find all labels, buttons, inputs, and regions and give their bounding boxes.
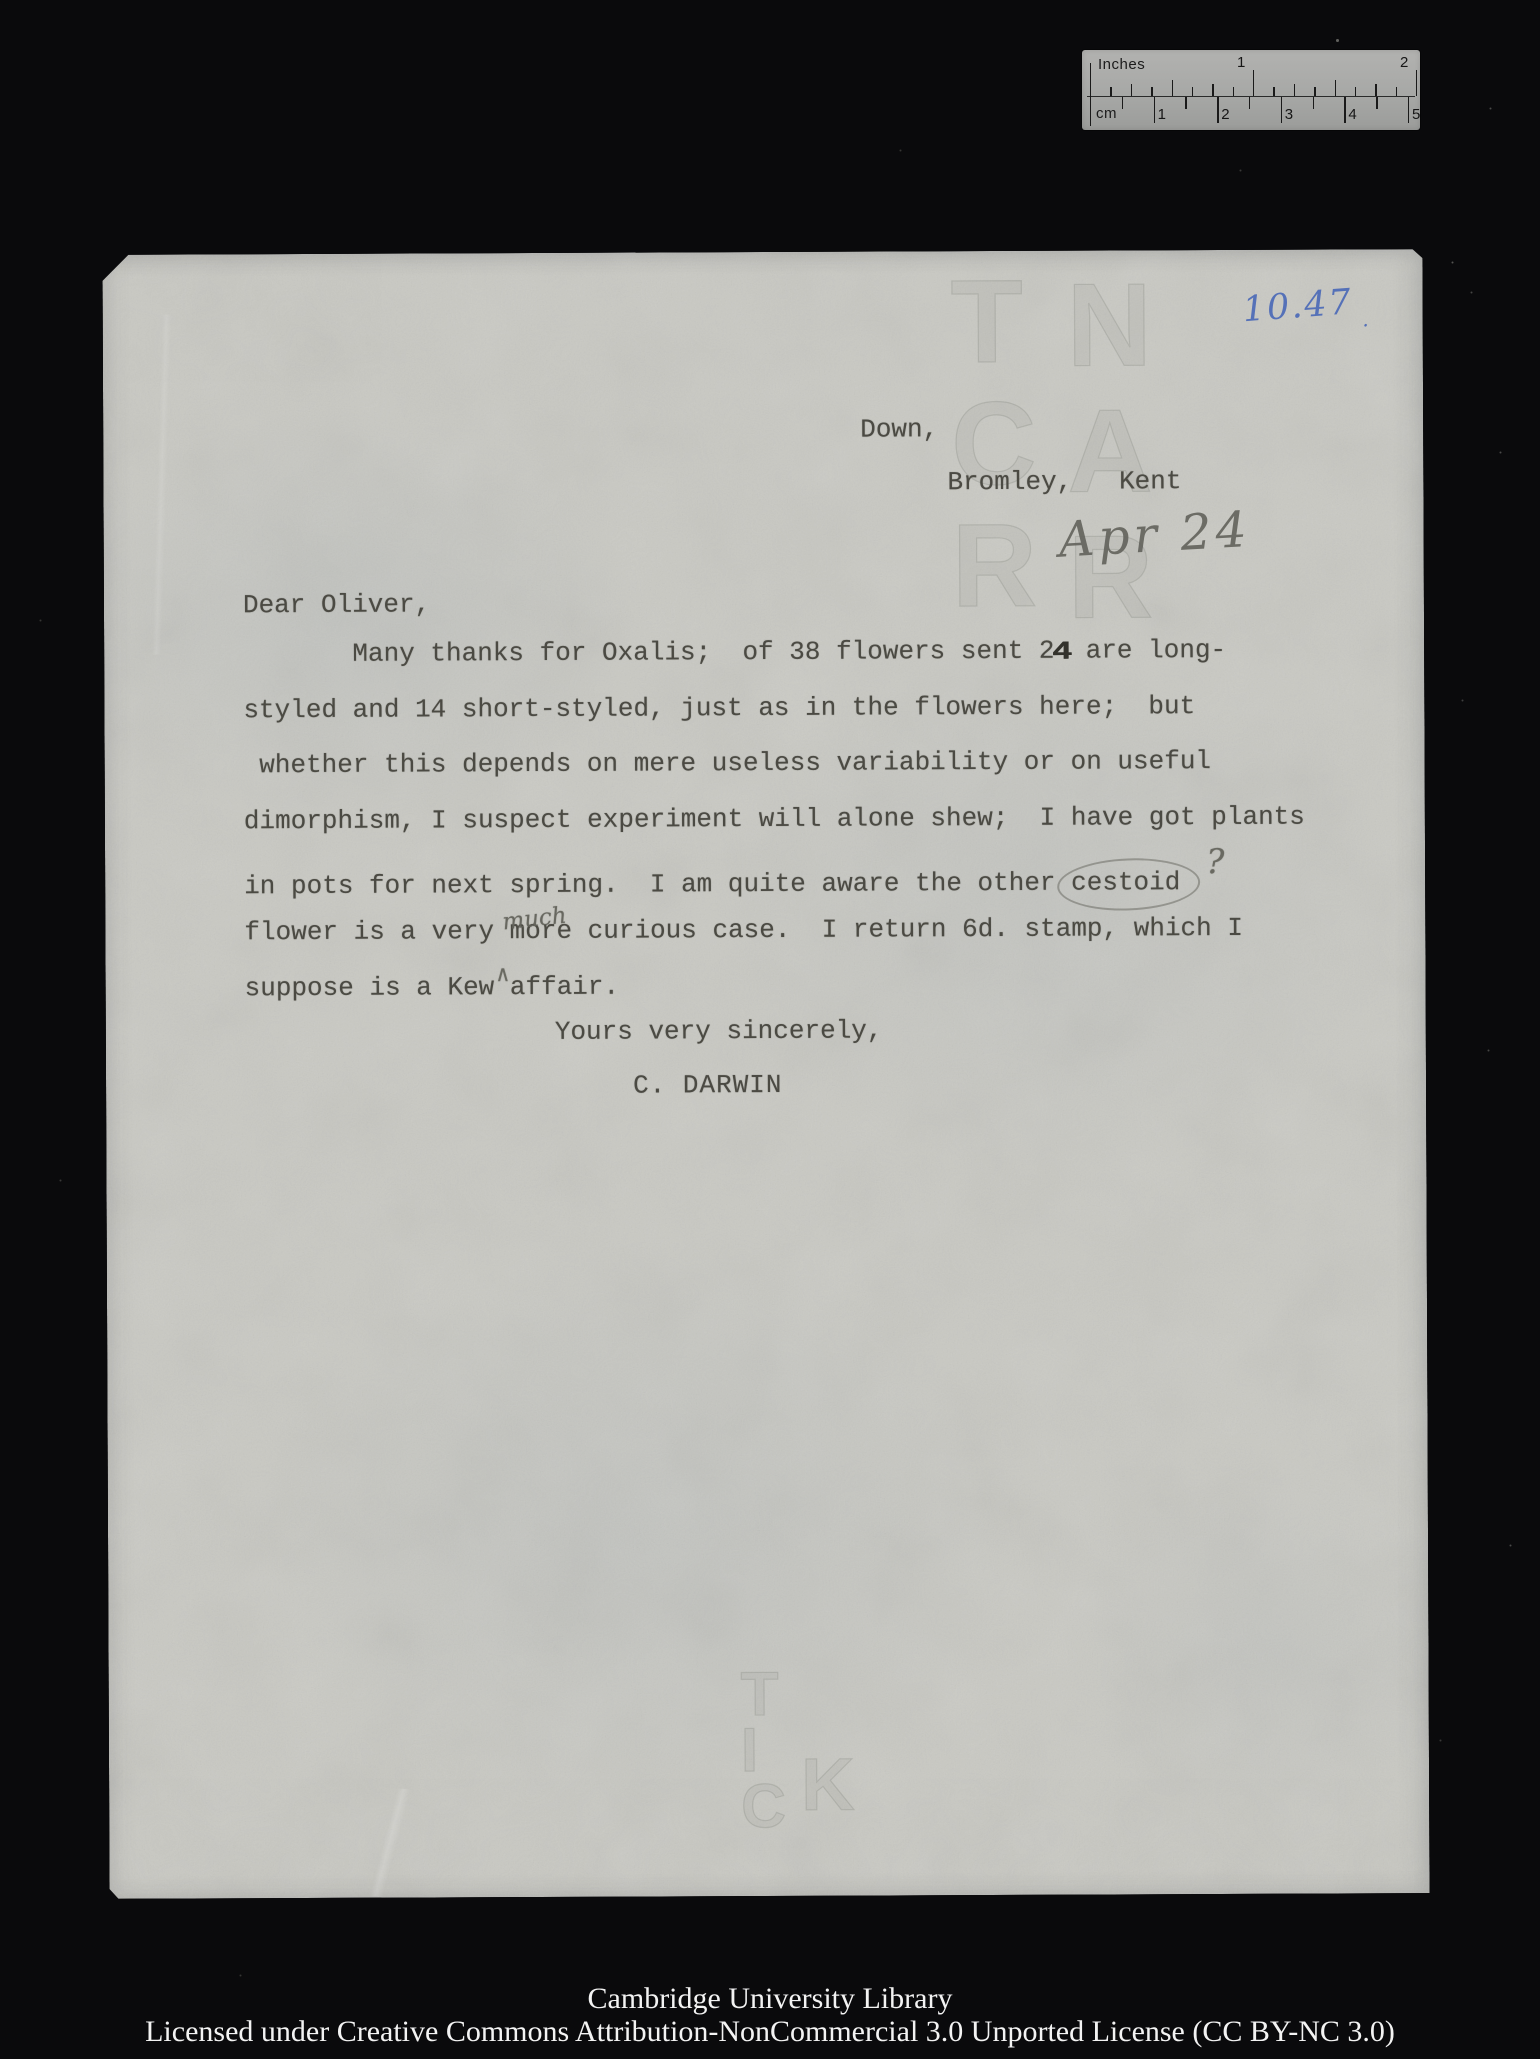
inch-tick [1151, 87, 1152, 96]
signature: C. DARWIN [633, 1070, 783, 1101]
cm-tick [1344, 97, 1345, 123]
typed-text: dimorphism, I suspect experiment will al… [244, 802, 1305, 837]
attribution-footer: Cambridge University Library Licensed un… [0, 1982, 1540, 2048]
watermark-letter: C [741, 1776, 786, 1838]
typed-text: Many thanks for Oxalis; of 38 flowers se… [352, 636, 1054, 669]
cm-tick [1408, 97, 1409, 123]
inch-tick [1090, 70, 1091, 96]
inch-tick [1416, 70, 1417, 96]
inch-tick [1335, 80, 1336, 96]
archival-number-text: 10.47 [1241, 282, 1354, 330]
typed-text: in pots for next spring. I am quite awar… [244, 867, 1071, 901]
inch-tick [1375, 84, 1376, 96]
letter-body-line: Many thanks for Oxalis; of 38 flowers se… [243, 635, 1304, 695]
ruler-cm-label: cm [1096, 105, 1117, 122]
paper-crease [299, 1779, 479, 1905]
ruler-baseline [1087, 96, 1415, 97]
letter-body-line: in pots for next spring. I am quite awar… [244, 857, 1305, 917]
typed-text: are long- [1070, 635, 1226, 666]
letter-body: Many thanks for Oxalis; of 38 flowers se… [243, 635, 1306, 1029]
pencil-question-mark: ? [1206, 842, 1224, 882]
inch-tick [1294, 84, 1295, 96]
cm-tick [1154, 97, 1155, 123]
valediction: Yours very sincerely, [555, 1015, 883, 1046]
watermark-letter: T [950, 263, 1023, 381]
cm-tick [1185, 97, 1186, 109]
letter-body-line: flower is a verymuch more curious case. … [244, 913, 1305, 973]
archival-number-annotation: 10.47. [1241, 281, 1370, 330]
typed-text: flower is a very [244, 917, 494, 948]
cm-number: 2 [1221, 106, 1229, 123]
inch-tick [1355, 87, 1356, 96]
cm-number: 5 [1412, 106, 1420, 123]
inch-tick [1253, 70, 1254, 96]
paper-watermark-letters: TCRNARTICK [102, 249, 1422, 255]
cm-tick [1217, 97, 1218, 123]
cm-number: 4 [1348, 106, 1356, 123]
inch-tick [1212, 84, 1213, 96]
watermark-letter: K [801, 1748, 855, 1822]
cm-number: 1 [1158, 106, 1166, 123]
pencil-circled-word: cestoid [1071, 867, 1180, 897]
cm-tick [1281, 97, 1282, 123]
dust-specks [0, 0, 1, 1]
typed-text: whether this depends on mere useless var… [259, 746, 1211, 780]
inch-tick [1192, 87, 1193, 96]
inch-number: 1 [1237, 54, 1245, 71]
cm-tick [1090, 97, 1091, 123]
cm-tick [1249, 97, 1250, 109]
library-credit: Cambridge University Library [0, 1982, 1540, 2015]
insertion-caret-icon [496, 963, 509, 989]
cm-tick [1376, 97, 1377, 109]
letter-body-line: styled and 14 short-styled, just as in t… [243, 690, 1304, 750]
address-line-bromley-kent: Bromley, Kent [947, 466, 1181, 497]
letter-body-line: dimorphism, I suspect experiment will al… [244, 802, 1305, 862]
typed-text: more curious case. I return 6d. stamp, w… [494, 913, 1243, 946]
letter-page: TCRNARTICK 10.47. Down, Bromley, Kent Ap… [102, 249, 1429, 1899]
handwritten-date-annotation: Apr 24 [1057, 501, 1252, 569]
inch-tick [1273, 87, 1274, 96]
salutation: Dear Oliver, [243, 589, 430, 620]
inch-tick [1396, 87, 1397, 96]
watermark-letter: R [952, 507, 1038, 625]
watermark-letter: N [1066, 266, 1152, 384]
inch-number: 2 [1400, 54, 1408, 71]
license-text: Licensed under Creative Commons Attribut… [0, 2015, 1540, 2048]
cm-tick [1122, 97, 1123, 109]
pencil-overwritten-digit: 4 [1052, 637, 1072, 667]
inch-tick [1233, 87, 1234, 96]
photographic-mount-background: Inches cm 1212345 TCRNARTICK 10.47. Down… [0, 0, 1540, 2059]
inch-tick [1131, 84, 1132, 96]
paper-crease-left [131, 315, 192, 655]
letter-body-line: whether this depends on mere useless var… [244, 746, 1305, 806]
cm-number: 3 [1285, 106, 1293, 123]
typed-text: suppose is a Kew affair. [245, 972, 620, 1004]
inch-tick [1110, 87, 1111, 96]
typed-text: styled and 14 short-styled, just as in t… [243, 691, 1195, 725]
archival-number-dot: . [1361, 307, 1371, 332]
ruler-inches-label: Inches [1098, 56, 1145, 73]
inch-tick [1314, 87, 1315, 96]
inch-tick [1172, 80, 1173, 96]
address-line-down: Down, [860, 414, 938, 444]
measurement-ruler: Inches cm 1212345 [1082, 50, 1420, 130]
cm-tick [1313, 97, 1314, 109]
